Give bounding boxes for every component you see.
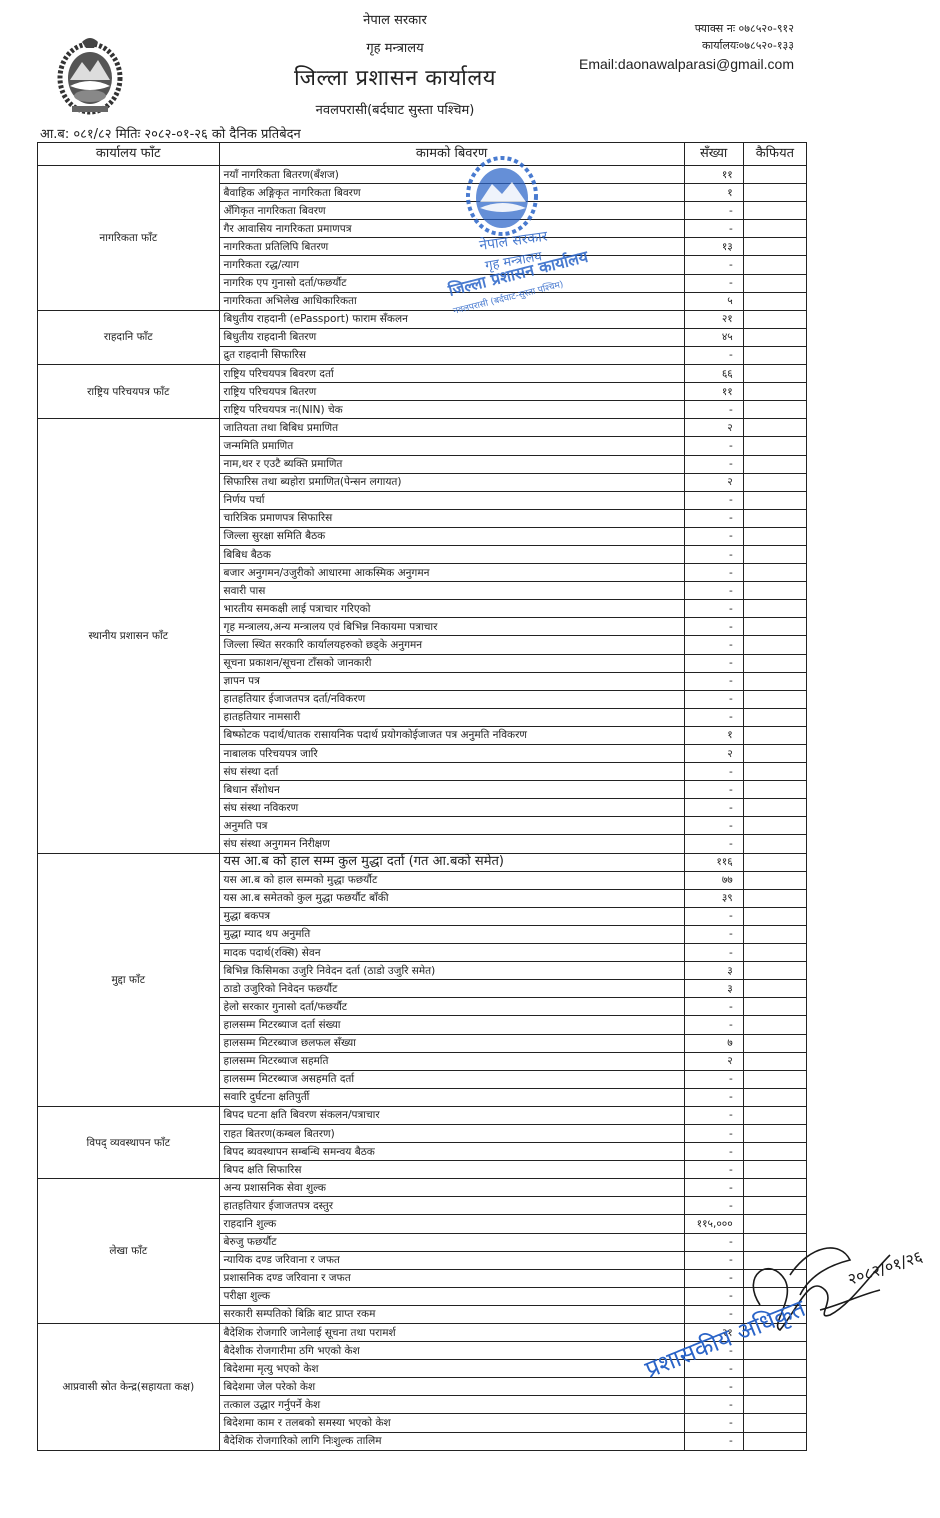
task-remark (743, 509, 806, 527)
task-remark (743, 600, 806, 618)
task-description: नागरिकता अभिलेख आधिकारिकता (219, 292, 684, 310)
task-remark (743, 1378, 806, 1396)
task-count: - (684, 1161, 743, 1179)
task-count: - (684, 1305, 743, 1323)
task-remark (743, 238, 806, 256)
task-count: - (684, 781, 743, 799)
report-title: आ.ब: ०८१/८२ मितिः २०८२-०१-२६ को दैनिक प्… (40, 124, 301, 142)
task-count: ७७ (684, 871, 743, 889)
email-address: Email:daonawalparasi@gmail.com (579, 56, 794, 73)
task-description: सूचना प्रकाशन/सूचना टाँसको जानकारी (219, 654, 684, 672)
task-description: बिधुतीय राहदानी बितरण (219, 328, 684, 346)
task-description: मादक पदार्थ(रक्सि) सेवन (219, 944, 684, 962)
task-count: - (684, 564, 743, 582)
task-remark (743, 1034, 806, 1052)
task-remark (743, 582, 806, 600)
task-count: - (684, 654, 743, 672)
task-description: राहदानि शुल्क (219, 1215, 684, 1233)
task-count: - (684, 1287, 743, 1305)
task-count: - (684, 835, 743, 853)
task-remark (743, 1143, 806, 1161)
task-remark (743, 962, 806, 980)
task-remark (743, 184, 806, 202)
task-remark (743, 564, 806, 582)
task-remark (743, 745, 806, 763)
task-remark (743, 1070, 806, 1088)
task-remark (743, 202, 806, 220)
task-count: - (684, 1414, 743, 1432)
task-count: ७ (684, 1034, 743, 1052)
task-count: - (684, 618, 743, 636)
task-remark (743, 346, 806, 364)
section-name: विपद् व्यवस्थापन फाँट (38, 1106, 220, 1178)
task-count: - (684, 545, 743, 563)
task-count: - (684, 636, 743, 654)
section-name: राष्ट्रिय परिचयपत्र फाँट (38, 365, 220, 419)
task-remark (743, 1342, 806, 1360)
task-remark (743, 419, 806, 437)
task-count: २ (684, 419, 743, 437)
task-count: - (684, 455, 743, 473)
task-count: - (684, 1179, 743, 1197)
task-count: - (684, 401, 743, 419)
task-count: ४५ (684, 328, 743, 346)
task-count: - (684, 817, 743, 835)
task-count: - (684, 220, 743, 238)
task-description: नयाँ नागरिकता बितरण(बँशज) (219, 166, 684, 184)
office-phone: कार्यालयः०७८५२०-१३३ (579, 37, 794, 54)
section-name: स्थानीय प्रशासन फाँट (38, 419, 220, 853)
task-description: मुद्धा म्याद थप अनुमति (219, 925, 684, 943)
task-count: - (684, 1432, 743, 1450)
task-remark (743, 690, 806, 708)
task-description: बिपद ब्यवस्थापन सम्बन्धि समन्वय बैठक (219, 1143, 684, 1161)
table-row: लेखा फाँटअन्य प्रशासनिक सेवा शुल्क- (38, 1179, 807, 1197)
task-count: २१ (684, 310, 743, 328)
task-description: जिल्ला सुरक्षा समिति बैठक (219, 527, 684, 545)
task-remark (743, 310, 806, 328)
task-description: द्रुत राहदानी सिफारिस (219, 346, 684, 364)
task-description: नाबालक परिचयपत्र जारि (219, 745, 684, 763)
nepal-emblem-icon (52, 32, 128, 116)
task-description: यस आ.ब को हाल सम्म कुल मुद्धा दर्ता (गत … (219, 853, 684, 871)
task-remark (743, 455, 806, 473)
task-remark (743, 1269, 806, 1287)
task-count: - (684, 1016, 743, 1034)
task-remark (743, 1396, 806, 1414)
task-count: ३९ (684, 889, 743, 907)
task-description: बजार अनुगमन/उजुरीको आधारमा आकस्मिक अनुगम… (219, 564, 684, 582)
task-remark (743, 835, 806, 853)
task-description: हालसम्म मिटरब्याज सहमति (219, 1052, 684, 1070)
task-description: राष्ट्रिय परिचयपत्र बितरण (219, 383, 684, 401)
district-name: नवलपरासी(बर्दघाट सुस्ता पश्चिम) (250, 100, 540, 118)
task-remark (743, 1233, 806, 1251)
section-name: लेखा फाँट (38, 1179, 220, 1324)
task-remark (743, 401, 806, 419)
header-description: कामको बिवरण (219, 143, 684, 166)
task-description: जिल्ला स्थित सरकारि कार्यालयहरुको छड्के … (219, 636, 684, 654)
task-description: हातहतियार नामसारी (219, 708, 684, 726)
task-remark (743, 292, 806, 310)
task-remark (743, 383, 806, 401)
task-count: - (684, 202, 743, 220)
task-count: - (684, 1124, 743, 1142)
task-count: - (684, 1360, 743, 1378)
task-count: २ (684, 1052, 743, 1070)
task-remark (743, 726, 806, 744)
task-remark (743, 1016, 806, 1034)
task-description: ठाडो उजुरिको निवेदन फछर्यौट (219, 980, 684, 998)
task-description: हालसम्म मिटरब्याज असहमति दर्ता (219, 1070, 684, 1088)
task-remark (743, 889, 806, 907)
task-remark (743, 618, 806, 636)
task-remark (743, 491, 806, 509)
task-description: यस आ.ब समेतको कुल मुद्धा फछर्यौट बाँकी (219, 889, 684, 907)
task-remark (743, 925, 806, 943)
contact-block: फ्याक्स नः ०७८५२०-९१२ कार्यालयः०७८५२०-१३… (579, 20, 794, 73)
task-description: अँगिकृत नागरिकता बिवरण (219, 202, 684, 220)
task-count: - (684, 708, 743, 726)
task-remark (743, 1287, 806, 1305)
task-remark (743, 672, 806, 690)
table-row: स्थानीय प्रशासन फाँटजातियता तथा बिबिध प्… (38, 419, 807, 437)
section-name: आप्रवासी स्रोत केन्द्र(सहायता कक्ष) (38, 1324, 220, 1451)
task-remark (743, 1179, 806, 1197)
office-name: जिल्ला प्रशासन कार्यालय (250, 62, 540, 92)
task-description: हालसम्म मिटरब्याज दर्ता संख्या (219, 1016, 684, 1034)
task-count: २१ (684, 1324, 743, 1342)
task-remark (743, 1251, 806, 1269)
task-count: २ (684, 473, 743, 491)
table-row: राष्ट्रिय परिचयपत्र फाँटराष्ट्रिय परिचयप… (38, 365, 807, 383)
task-remark (743, 1088, 806, 1106)
task-description: नागरिकता रद्ध/त्याग (219, 256, 684, 274)
task-description: बैदेशिक रोजगारि जानेलाई सूचना तथा परामर्… (219, 1324, 684, 1342)
task-count: - (684, 600, 743, 618)
task-remark (743, 328, 806, 346)
table-row: नागरिकता फाँटनयाँ नागरिकता बितरण(बँशज)११ (38, 166, 807, 184)
task-remark (743, 1106, 806, 1124)
task-remark (743, 944, 806, 962)
task-description: चारित्रिक प्रमाणपत्र सिफारिस (219, 509, 684, 527)
task-count: ११ (684, 166, 743, 184)
task-description: राष्ट्रिय परिचयपत्र बिवरण दर्ता (219, 365, 684, 383)
task-description: बैदेशीक रोजगारीमा ठगि भएको केश (219, 1342, 684, 1360)
task-description: सवारी पास (219, 582, 684, 600)
task-description: तत्काल उद्धार गर्नुपर्ने केश (219, 1396, 684, 1414)
task-remark (743, 654, 806, 672)
task-description: बेरुजु फछर्यौट (219, 1233, 684, 1251)
task-description: सिफारिस तथा ब्यहोरा प्रमाणित(पेन्सन लगाय… (219, 473, 684, 491)
table-row: राहदानि फाँटबिधुतीय राहदानी (ePassport) … (38, 310, 807, 328)
task-count: २ (684, 745, 743, 763)
task-description: संघ संस्था अनुगमन निरीक्षण (219, 835, 684, 853)
task-remark (743, 1197, 806, 1215)
task-count: - (684, 1088, 743, 1106)
task-description: बिपद क्षति सिफारिस (219, 1161, 684, 1179)
task-description: बिदेशमा जेल परेको केश (219, 1378, 684, 1396)
header-section: कार्यालय फाँट (38, 143, 220, 166)
task-description: बिबिध बैठक (219, 545, 684, 563)
task-remark (743, 166, 806, 184)
task-remark (743, 708, 806, 726)
task-remark (743, 1161, 806, 1179)
section-name: नागरिकता फाँट (38, 166, 220, 311)
task-count: - (684, 1396, 743, 1414)
task-description: निर्णय पर्चा (219, 491, 684, 509)
task-count: - (684, 1143, 743, 1161)
task-count: - (684, 527, 743, 545)
task-description: बिदेशमा मृत्यु भएको केश (219, 1360, 684, 1378)
table-row: मुद्दा फाँटयस आ.ब को हाल सम्म कुल मुद्धा… (38, 853, 807, 871)
task-remark (743, 1324, 806, 1342)
task-description: जन्ममिति प्रमाणित (219, 437, 684, 455)
task-description: हालसम्म मिटरब्याज छलफल सँख्या (219, 1034, 684, 1052)
header-remarks: कैफियत (743, 143, 806, 166)
task-count: - (684, 1378, 743, 1396)
task-remark (743, 871, 806, 889)
task-remark (743, 545, 806, 563)
task-description: राहत बितरण(कम्बल बितरण) (219, 1124, 684, 1142)
task-count: - (684, 925, 743, 943)
task-count: - (684, 799, 743, 817)
task-count: १३ (684, 238, 743, 256)
section-name: राहदानि फाँट (38, 310, 220, 364)
task-remark (743, 1052, 806, 1070)
task-remark (743, 220, 806, 238)
daily-report-table: कार्यालय फाँट कामको बिवरण सँख्या कैफियत … (37, 142, 807, 1451)
task-description: हातहतियार ईजाजतपत्र दर्ता/नविकरण (219, 690, 684, 708)
task-description: संघ संस्था दर्ता (219, 763, 684, 781)
task-count: - (684, 256, 743, 274)
task-count: ११ (684, 383, 743, 401)
task-description: न्यायिक दण्ड जरिवाना र जफत (219, 1251, 684, 1269)
task-count: ३ (684, 980, 743, 998)
task-description: जातियता तथा बिबिध प्रमाणित (219, 419, 684, 437)
task-remark (743, 1432, 806, 1450)
task-description: भारतीय समकक्षी लाई पत्राचार गरिएको (219, 600, 684, 618)
task-count: - (684, 1106, 743, 1124)
table-row: विपद् व्यवस्थापन फाँटबिपद घटना क्षति बिव… (38, 1106, 807, 1124)
task-count: ६६ (684, 365, 743, 383)
task-count: - (684, 1251, 743, 1269)
task-description: संघ संस्था नविकरण (219, 799, 684, 817)
section-name: मुद्दा फाँट (38, 853, 220, 1106)
task-count: - (684, 491, 743, 509)
task-count: ११५,००० (684, 1215, 743, 1233)
task-count: ३ (684, 962, 743, 980)
task-count: - (684, 346, 743, 364)
task-remark (743, 636, 806, 654)
task-count: - (684, 944, 743, 962)
task-remark (743, 799, 806, 817)
task-count: - (684, 998, 743, 1016)
task-remark (743, 473, 806, 491)
task-remark (743, 781, 806, 799)
task-description: अन्य प्रशासनिक सेवा शुल्क (219, 1179, 684, 1197)
task-count: - (684, 437, 743, 455)
task-description: नागरिक एप गुनासो दर्ता/फछर्यौट (219, 274, 684, 292)
task-remark (743, 853, 806, 871)
task-remark (743, 1215, 806, 1233)
table-row: आप्रवासी स्रोत केन्द्र(सहायता कक्ष)बैदेश… (38, 1324, 807, 1342)
task-count: ५ (684, 292, 743, 310)
fax-number: फ्याक्स नः ०७८५२०-९१२ (579, 20, 794, 37)
task-remark (743, 365, 806, 383)
task-remark (743, 1305, 806, 1323)
task-count: - (684, 907, 743, 925)
task-remark (743, 274, 806, 292)
task-count: - (684, 582, 743, 600)
task-description: बिपद घटना क्षति बिवरण संकलन/पत्राचार (219, 1106, 684, 1124)
task-remark (743, 1360, 806, 1378)
task-description: ज्ञापन पत्र (219, 672, 684, 690)
task-remark (743, 763, 806, 781)
header-count: सँख्या (684, 143, 743, 166)
government-name: नेपाल सरकार (250, 10, 540, 28)
task-count: - (684, 672, 743, 690)
task-description: गैर आवासिय नागरिकता प्रमाणपत्र (219, 220, 684, 238)
letterhead: नेपाल सरकार गृह मन्त्रालय जिल्ला प्रशासन… (250, 8, 540, 118)
table-header-row: कार्यालय फाँट कामको बिवरण सँख्या कैफियत (38, 143, 807, 166)
task-remark (743, 998, 806, 1016)
task-remark (743, 1414, 806, 1432)
task-count: - (684, 1070, 743, 1088)
task-count: - (684, 1197, 743, 1215)
task-description: मुद्धा बकपत्र (219, 907, 684, 925)
task-count: - (684, 1233, 743, 1251)
task-remark (743, 907, 806, 925)
task-remark (743, 817, 806, 835)
task-count: - (684, 763, 743, 781)
task-count: - (684, 509, 743, 527)
task-description: राष्ट्रिय परिचयपत्र नः(NIN) चेक (219, 401, 684, 419)
task-remark (743, 527, 806, 545)
task-remark (743, 256, 806, 274)
task-description: नाम,थर र एउटै ब्यक्ति प्रमाणित (219, 455, 684, 473)
task-description: गृह मन्त्रालय,अन्य मन्त्रालय एवं बिभिन्न… (219, 618, 684, 636)
task-description: प्रशासनिक दण्ड जरिवाना र जफत (219, 1269, 684, 1287)
task-description: बिभिन्न किसिमका उजुरि निवेदन दर्ता (ठाडो… (219, 962, 684, 980)
task-description: अनुमति पत्र (219, 817, 684, 835)
task-description: बिष्फोटक पदार्थ/घातक रासायनिक पदार्थ प्र… (219, 726, 684, 744)
task-count: - (684, 690, 743, 708)
task-count: ११६ (684, 853, 743, 871)
task-description: बिदेशमा काम र तलबको समस्या भएको केश (219, 1414, 684, 1432)
task-description: परीक्षा शुल्क (219, 1287, 684, 1305)
task-count: - (684, 1342, 743, 1360)
task-count: १ (684, 726, 743, 744)
ministry-name: गृह मन्त्रालय (250, 38, 540, 56)
task-description: हातहतियार ईजाजतपत्र दस्तुर (219, 1197, 684, 1215)
table-body: नागरिकता फाँटनयाँ नागरिकता बितरण(बँशज)११… (38, 166, 807, 1451)
task-count: - (684, 1269, 743, 1287)
task-remark (743, 1124, 806, 1142)
task-description: सवारि दुर्घटना क्षतिपुर्ती (219, 1088, 684, 1106)
task-description: यस आ.ब को हाल सम्मको मुद्धा फछर्यौट (219, 871, 684, 889)
svg-text:२०८२/०१/२६: २०८२/०१/२६ (845, 1247, 924, 1289)
task-description: नागरिकता प्रतिलिपि बितरण (219, 238, 684, 256)
task-count: १ (684, 184, 743, 202)
task-count: - (684, 274, 743, 292)
task-description: बैवाहिक अङ्गिकृत नागरिकता बिवरण (219, 184, 684, 202)
task-description: बिधान सँशोधन (219, 781, 684, 799)
task-remark (743, 437, 806, 455)
task-description: हेलो सरकार गुनासो दर्ता/फछर्यौट (219, 998, 684, 1016)
task-description: सरकारी सम्पतिको बिक्रि बाट प्राप्त रकम (219, 1305, 684, 1323)
task-description: बिधुतीय राहदानी (ePassport) फाराम सँकलन (219, 310, 684, 328)
task-remark (743, 980, 806, 998)
task-description: बैदेशिक रोजगारिको लागि निःशुल्क तालिम (219, 1432, 684, 1450)
